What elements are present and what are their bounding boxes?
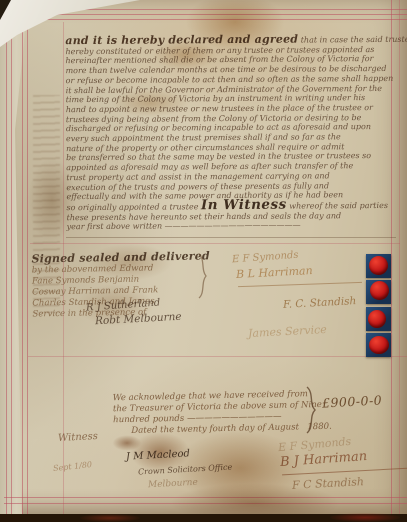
engrossed-in-witness: In Witness [201, 197, 287, 214]
deed-body-text: and it is hereby declared and agreed tha… [65, 34, 400, 232]
blank-ruled-ink-line [66, 237, 396, 238]
margin-line-left-2 [27, 16, 28, 514]
ruled-line-mid [30, 243, 400, 244]
ruled-line-bottom-2 [4, 503, 407, 504]
seal-backing [366, 254, 391, 278]
seal-backing [366, 333, 391, 357]
ruled-line-lower [28, 356, 407, 357]
amount-figure: £900-0-0 [322, 392, 383, 410]
closing-dash: ————————————————— [165, 221, 301, 231]
wax-seal [369, 256, 388, 275]
margin-line-fold-2 [11, 30, 12, 514]
seal-backing [366, 307, 391, 331]
ruled-line-top-3 [4, 19, 407, 20]
ruled-line-top-2 [4, 14, 407, 15]
margin-line-fold-1 [6, 30, 7, 514]
ink-brace-receipt [303, 386, 317, 434]
table-edge-tint [80, 514, 140, 522]
ink-brace-attestation [196, 253, 208, 299]
witness-label: Witness [58, 431, 98, 444]
wax-seal [369, 336, 389, 354]
deed-photograph: and it is hereby declared and agreed tha… [0, 0, 407, 522]
receipt-dash: ——————————— [187, 412, 282, 424]
ruled-line-bottom-1 [4, 497, 407, 498]
margin-line-left-1 [22, 18, 23, 514]
wax-seal [370, 281, 389, 300]
seal-backing [366, 280, 391, 304]
table-edge-tint [330, 513, 400, 522]
wax-seal [368, 310, 386, 328]
receipt-clause: We acknowledge that we have received fro… [113, 389, 332, 438]
